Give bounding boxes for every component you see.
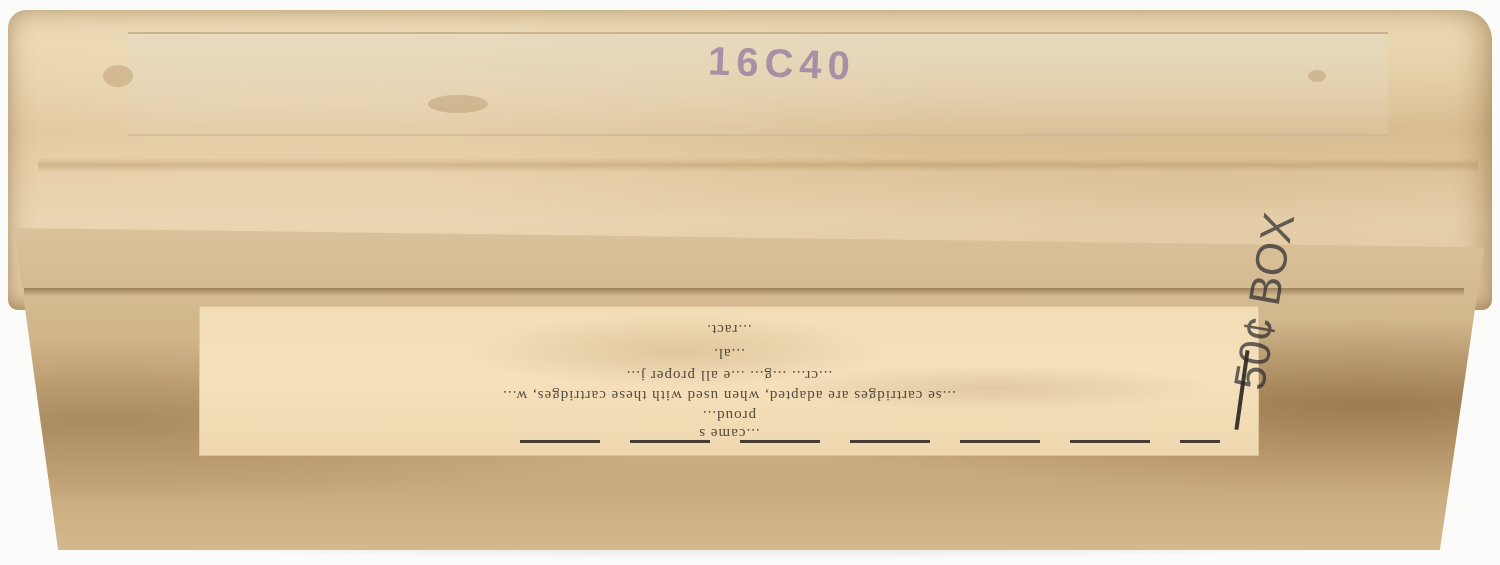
label-line: ...al. xyxy=(199,344,1259,361)
wear-spot xyxy=(1308,70,1326,82)
label-line: proud... xyxy=(199,406,1259,423)
label-line: ...se cartridges are adapted, when used … xyxy=(199,386,1259,403)
lid-crease xyxy=(38,158,1478,172)
cartridge-box-photo: 16C40 ...came s proud... ...se cartridge… xyxy=(0,0,1500,565)
label-rule xyxy=(520,440,1220,443)
label-line: ...cr... ...g... ...e all proper j... xyxy=(199,366,1259,383)
ink-stamp: 16C40 xyxy=(707,39,856,89)
label-line: ...came s xyxy=(199,424,1259,441)
wear-spot xyxy=(103,65,133,87)
paper-label: ...came s proud... ...se cartridges are … xyxy=(199,306,1259,456)
wear-spot xyxy=(428,95,488,113)
label-line: ...ract. xyxy=(199,320,1259,337)
